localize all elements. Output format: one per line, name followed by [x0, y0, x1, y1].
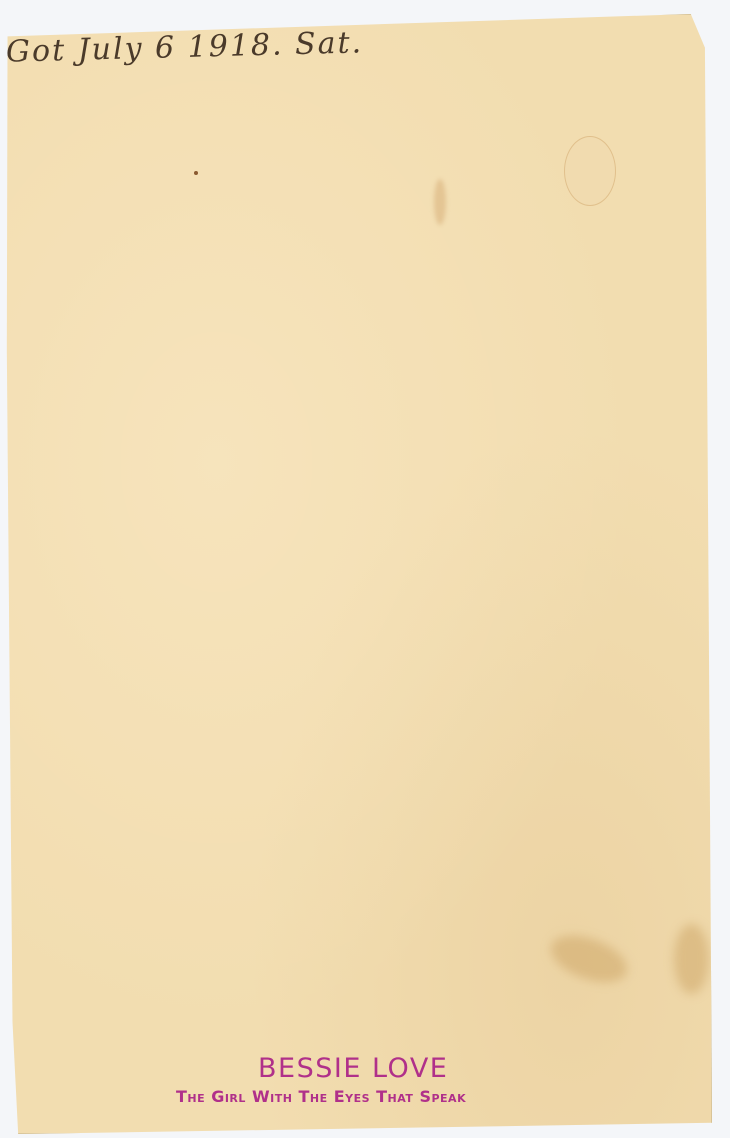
stamp-name: BESSIE LOVE	[258, 1053, 448, 1084]
water-ring-stain	[564, 136, 616, 206]
edge-stain	[674, 924, 709, 994]
brown-stain	[434, 179, 446, 225]
stamp-tagline: The Girl With The Eyes That Speak	[176, 1087, 466, 1106]
photo-card-back	[4, 14, 712, 1134]
speck	[194, 171, 198, 175]
smudge-stain	[545, 927, 634, 992]
